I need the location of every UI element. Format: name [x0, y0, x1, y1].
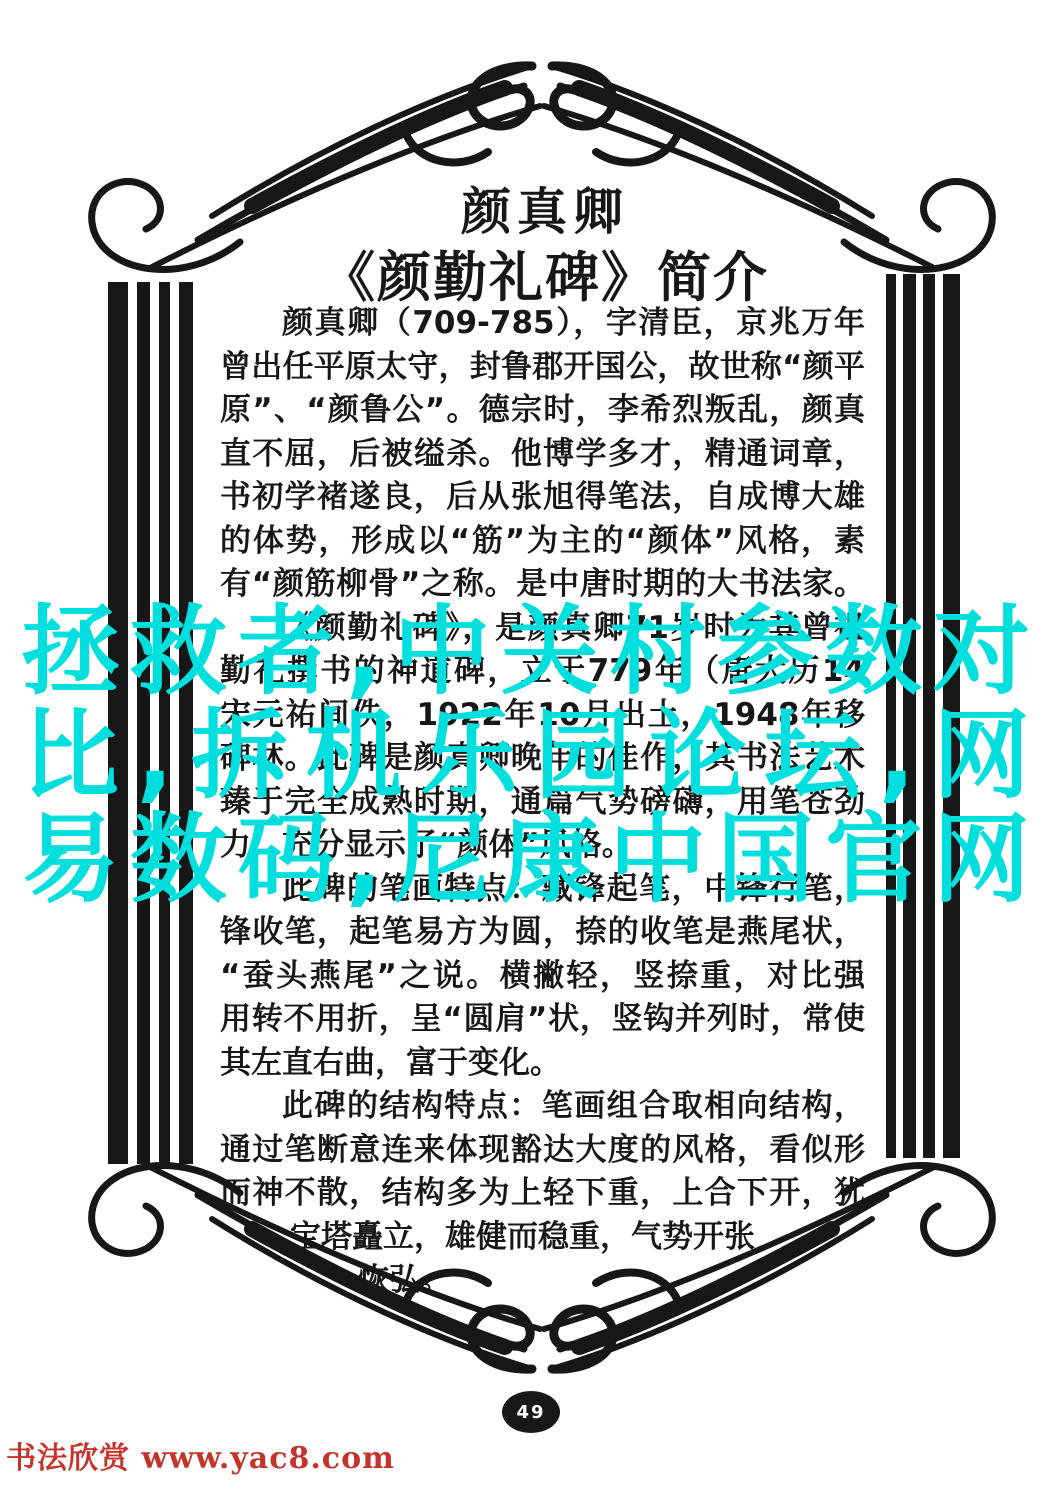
body-line: 通过笔断意连来体现豁达大度的风格，看似形散	[220, 1129, 865, 1173]
body-line: 其左直右曲，富于变化。	[220, 1042, 865, 1086]
page-subtitle: 《颜勤礼碑》简介	[170, 235, 920, 312]
body-line: 用转不用折，呈“圆肩”状，竖钩并列时，常使	[220, 998, 865, 1042]
site-credit: 书法欣赏 www.yac8.com	[6, 1433, 395, 1477]
page-number: 49	[516, 1402, 545, 1423]
body-line: 书初学褚遂良，后从张旭得笔法，自成博大雄浑	[220, 476, 865, 520]
watermark-line: 比,拆机乐园论坛,网	[22, 704, 1030, 808]
watermark-line: 拯救者,中关村参数对	[22, 600, 1030, 704]
page-number-badge: 49	[502, 1391, 560, 1433]
body-line: 原”、“颜鲁公”。德宗时，李希烈叛乱，颜真卿忠	[220, 389, 865, 433]
body-line: 此碑的结构特点：笔画组合取相向结构，常	[220, 1085, 865, 1129]
body-line: 的体势，形成以“筋”为主的“颜体”风格，素	[220, 520, 865, 564]
body-line: 宝塔矗立，雄健而稳重，气势开张	[220, 1216, 865, 1260]
watermark-overlay: 拯救者,中关村参数对比,拆机乐园论坛,网易数码,尼康中国官网	[22, 600, 1030, 912]
watermark-line: 易数码,尼康中国官网	[22, 808, 1030, 912]
scanned-document-page: 颜真卿 《颜勤礼碑》简介 颜真卿（709-785），字清臣，京兆万年人。曾出任平…	[0, 0, 1050, 1495]
body-line: 颜真卿（709-785），字清臣，京兆万年人。	[220, 302, 865, 346]
page-title: 颜真卿	[220, 172, 870, 244]
body-line: 锋收笔，起笔易方为圆，捺的收笔是燕尾状，有	[220, 911, 865, 955]
body-line: 曾出任平原太守，封鲁郡开国公，故世称“颜平	[220, 346, 865, 390]
body-line: 恢弘。	[220, 1259, 865, 1303]
body-line: 直不屈，后被缢杀。他博学多才，精通词章，其	[220, 433, 865, 477]
body-line: “蚕头燕尾”之说。横撇轻，竖捺重，对比强烈，	[220, 955, 865, 999]
body-line: 而神不散，结构多为上轻下重，上合下开，犹如	[220, 1172, 865, 1216]
